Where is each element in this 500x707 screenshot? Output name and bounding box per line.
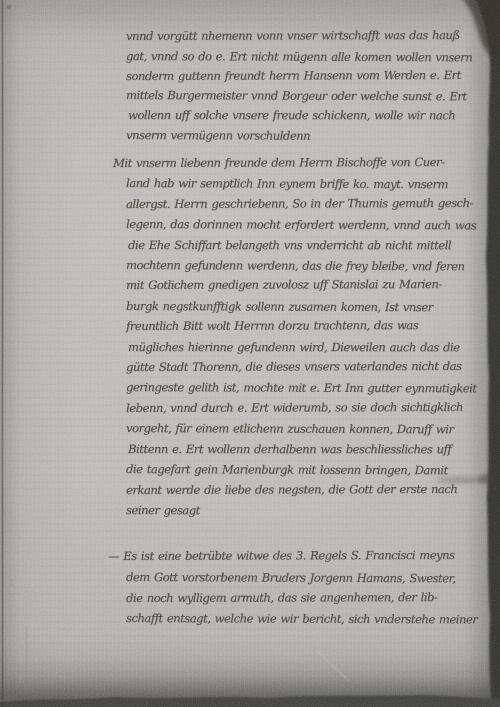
manuscript-line: legenn, das dorinnen mocht erfordert wer… (126, 214, 478, 236)
manuscript-line: gütte Stadt Thorenn, die dieses vnsers v… (126, 356, 478, 378)
manuscript-line: gat, vnnd so do e. Ert nicht mügenn alle… (126, 47, 478, 68)
manuscript-line: schafft entsagt, welche wie wir bericht,… (126, 608, 478, 630)
manuscript-line: Bittenn e. Ert wollenn derhalbenn was be… (128, 439, 480, 460)
manuscript-line: die Ehe Schiffart belangeth vns vnderric… (128, 235, 480, 256)
manuscript-line: vorgeht, für einem etlichenn zuschauen k… (126, 418, 478, 440)
manuscript-line: allergst. Herrn geschriebenn, So in der … (126, 193, 478, 215)
manuscript-line: land hab wir semptlich Inn eynem briffe … (126, 173, 478, 195)
manuscript-line: freuntlich Bitt wolt Herrnn dorzu tracht… (126, 315, 478, 337)
manuscript-line: wollenn uff solche vnsere freude schicke… (128, 106, 480, 126)
manuscript-line: dem Gott vorstorbenem Bruders Jorgenn Ha… (126, 567, 478, 589)
manuscript-line: Mit vnserm liebenn freunde dem Herrn Bis… (113, 152, 478, 174)
manuscript-line: die noch wylligem armuth, das sie angenh… (126, 586, 478, 608)
manuscript-line: geringeste gelith ist, mochte mit e. Ert… (126, 377, 478, 399)
manuscript-line: — Es ist eine betrübte witwe des 3. Rege… (108, 545, 478, 567)
manuscript-line: mügliches hierinne gefundenn wird, Diewe… (128, 337, 480, 358)
manuscript-line: mittels Burgermeister vnnd Borgeur oder … (126, 86, 478, 107)
manuscript-scan-page: 57 vnnd vorgütt nhemenn vonn vnser wirts… (0, 0, 500, 707)
manuscript-line: lebenn, vnnd durch e. Ert widerumb, so s… (126, 397, 478, 419)
manuscript-line: die tagefart gein Marienburgk mit lossen… (126, 459, 478, 481)
manuscript-paragraph-3: — Es ist eine betrübte witwe des 3. Rege… (126, 546, 478, 629)
manuscript-line: erkant werde die liebe des negsten, die … (126, 478, 478, 500)
manuscript-line: sonderm guttenn freundt herrn Hansenn vo… (126, 65, 478, 86)
manuscript-paragraph-2: Mit vnserm liebenn freunde dem Herrn Bis… (126, 153, 478, 520)
manuscript-paragraph-1: vnnd vorgütt nhemenn vonn vnser wirtscha… (126, 27, 478, 146)
manuscript-line: vnnd vorgütt nhemenn vonn vnser wirtscha… (126, 26, 478, 47)
page-number: 57 (432, 1, 447, 16)
manuscript-line: vnserm vermügenn vorschuldenn (126, 126, 478, 147)
manuscript-line: seiner gesagt (126, 500, 478, 522)
manuscript-line: mit Gotlichem gnedigen zuvolosz uff Stan… (126, 274, 478, 296)
